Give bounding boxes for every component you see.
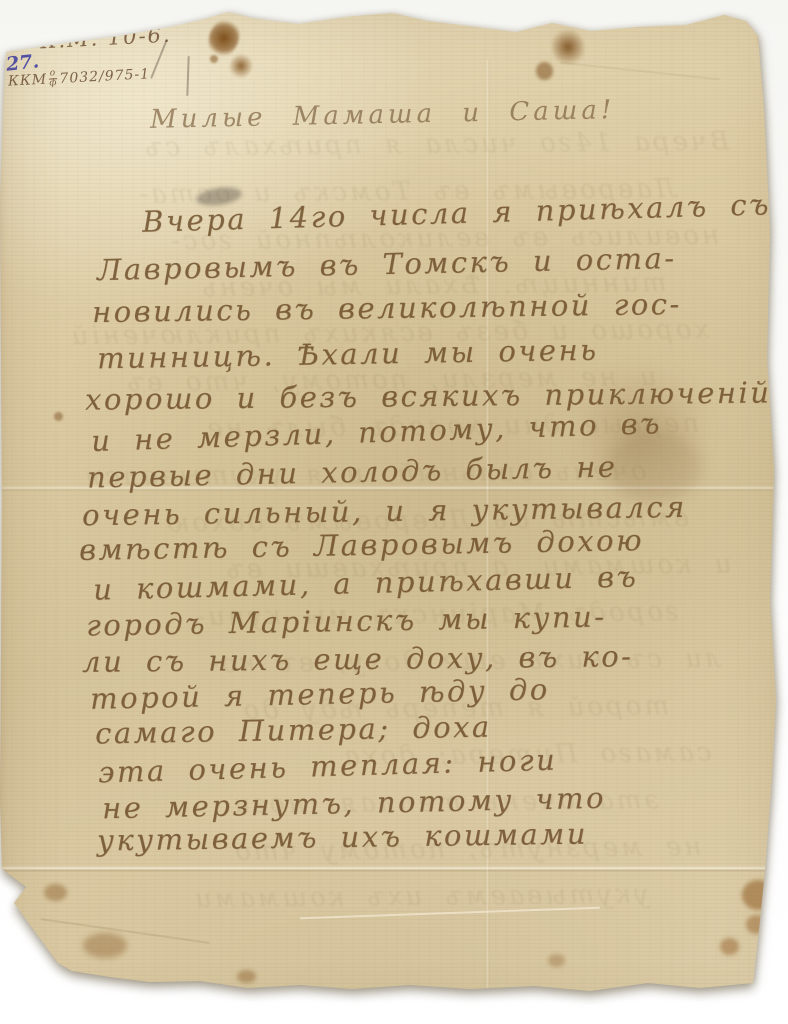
letter-line: укутываемъ ихъ кошмами xyxy=(97,817,588,858)
letter-line: новились въ великолѣпной гос- xyxy=(92,287,682,329)
letter-line: первые дни холодъ былъ не xyxy=(87,449,618,494)
letter-line: самаго Питера; доха xyxy=(95,710,492,751)
fund-fraction: оф xyxy=(49,69,58,89)
fund-prefix: ККМ xyxy=(8,72,48,90)
scanned-letter-page: { "archival_marks": { "collection_mark":… xyxy=(0,0,788,1024)
letter-line: ли съ нихъ еще доху, въ ко- xyxy=(82,639,634,679)
letter-line: хорошо и безъ всякихъ приключеній xyxy=(85,375,772,416)
letter-line: Вчера 14го числа я приѣхалъ съ xyxy=(142,187,772,239)
letter-line: тинницѣ. Ѣхали мы очень xyxy=(97,333,599,376)
scanner-background: Вчера 14го числа я приѣхалъ съЛавровымъ … xyxy=(0,0,788,1024)
paper-shadow-wrap: Вчера 14го числа я приѣхалъ съЛавровымъ … xyxy=(0,0,788,1024)
letter-line: городъ Маріинскъ мы купи- xyxy=(86,599,607,642)
letter-body: Вчера 14го числа я приѣхалъ съЛавровымъ … xyxy=(0,0,788,1024)
letter-line: Лавровымъ въ Томскъ и оста- xyxy=(97,241,677,287)
stain xyxy=(760,25,784,53)
fund-number: 7032/975-1 xyxy=(59,66,150,87)
letter-paper: Вчера 14го числа я приѣхалъ съЛавровымъ … xyxy=(0,0,788,1024)
